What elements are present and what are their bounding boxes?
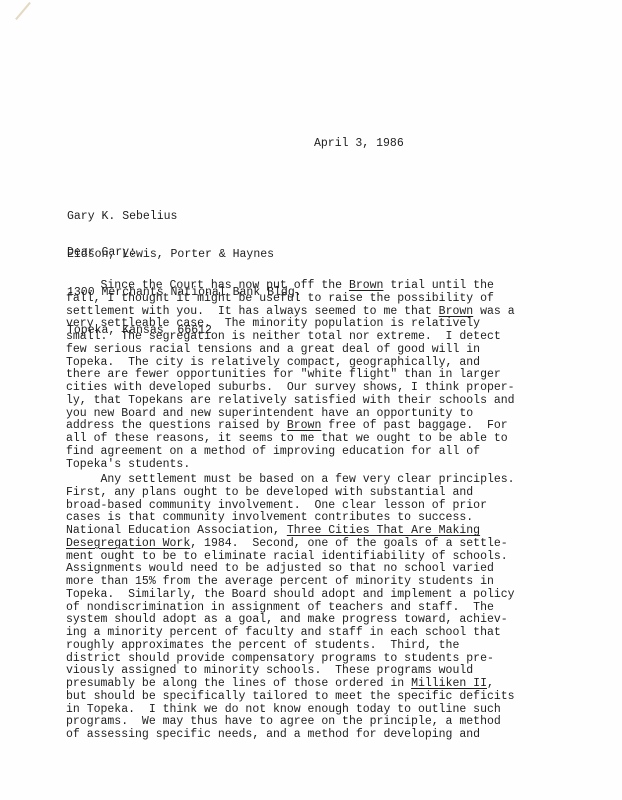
- staple-mark: [15, 2, 31, 20]
- underlined-title: Three Cities That Are Making: [287, 524, 480, 537]
- text-segment: very settleable case. The minority popul…: [66, 317, 480, 330]
- recipient-name: Gary K. Sebelius: [67, 211, 302, 224]
- salutation: Dear Gary:: [67, 247, 136, 260]
- text-segment: Any settlement must be based on a few ve…: [66, 473, 515, 486]
- text-segment: Assignments would need to be adjusted so…: [66, 562, 494, 575]
- body-paragraph-2: Any settlement must be based on a few ve…: [66, 474, 515, 742]
- text-segment: roughly approximates the percent of stud…: [66, 639, 459, 652]
- text-segment: but should be specifically tailored to m…: [66, 690, 515, 703]
- text-segment: presumably be along the lines of those o…: [66, 677, 411, 690]
- text-segment: was a: [473, 305, 514, 318]
- text-segment: Topeka. The city is relatively compact, …: [66, 356, 480, 369]
- text-segment: ,: [487, 677, 494, 690]
- text-segment: in Topeka. I think we do not know enough…: [66, 703, 501, 716]
- text-segment: programs. We may thus have to agree on t…: [66, 715, 501, 728]
- text-segment: there are fewer opportunities for "white…: [66, 368, 501, 381]
- underlined-title: Desegregation Work: [66, 537, 190, 550]
- text-segment: of nondiscrimination in assignment of te…: [66, 601, 494, 614]
- text-segment: fall, I thought it might be useful to ra…: [66, 292, 494, 305]
- text-segment: ing a minority percent of faculty and st…: [66, 626, 501, 639]
- text-segment: cases is that community involvement cont…: [66, 511, 473, 524]
- body-paragraph-1: Since the Court has now put off the Brow…: [66, 280, 515, 471]
- text-segment: , 1984. Second, one of the goals of a se…: [190, 537, 507, 550]
- text-segment: viously assigned to minority schools. Th…: [66, 664, 473, 677]
- text-segment: broad-based community involvement. One c…: [66, 499, 487, 512]
- underlined-title: Milliken II: [411, 677, 487, 690]
- text-segment: cities with developed suburbs. Our surve…: [66, 381, 515, 394]
- text-segment: Topeka's students.: [66, 458, 190, 471]
- text-line: of assessing specific needs, and a metho…: [66, 729, 515, 742]
- text-segment: ment ought to be to eliminate racial ide…: [66, 550, 508, 563]
- text-segment: small. The segregation is neither total …: [66, 330, 501, 343]
- text-segment: settlement with you. It has always seeme…: [66, 305, 439, 318]
- text-segment: of assessing specific needs, and a metho…: [66, 728, 480, 741]
- text-segment: address the questions raised by: [66, 419, 287, 432]
- text-segment: you new Board and new superintendent hav…: [66, 407, 473, 420]
- text-segment: free of past baggage. For: [321, 419, 507, 432]
- text-segment: system should adopt as a goal, and make …: [66, 613, 508, 626]
- text-segment: National Education Association,: [66, 524, 287, 537]
- text-segment: more than 15% from the average percent o…: [66, 575, 494, 588]
- text-segment: First, any plans ought to be developed w…: [66, 486, 473, 499]
- letter-page: April 3, 1986 Gary K. Sebelius Eidson, L…: [0, 0, 622, 800]
- text-segment: find agreement on a method of improving …: [66, 445, 480, 458]
- underlined-title: Brown: [287, 419, 322, 432]
- text-segment: all of these reasons, it seems to me tha…: [66, 432, 508, 445]
- letter-date: April 3, 1986: [314, 138, 404, 151]
- text-segment: few serious racial tensions and a great …: [66, 343, 480, 356]
- underlined-title: Brown: [439, 305, 474, 318]
- underlined-title: Brown: [349, 279, 384, 292]
- text-segment: Topeka. Similarly, the Board should adop…: [66, 588, 515, 601]
- text-segment: Since the Court has now put off the: [66, 279, 349, 292]
- text-segment: ly, that Topekans are relatively satisfi…: [66, 394, 515, 407]
- text-segment: district should provide compensatory pro…: [66, 652, 494, 665]
- text-segment: trial until the: [383, 279, 493, 292]
- text-line: Topeka's students.: [66, 459, 515, 472]
